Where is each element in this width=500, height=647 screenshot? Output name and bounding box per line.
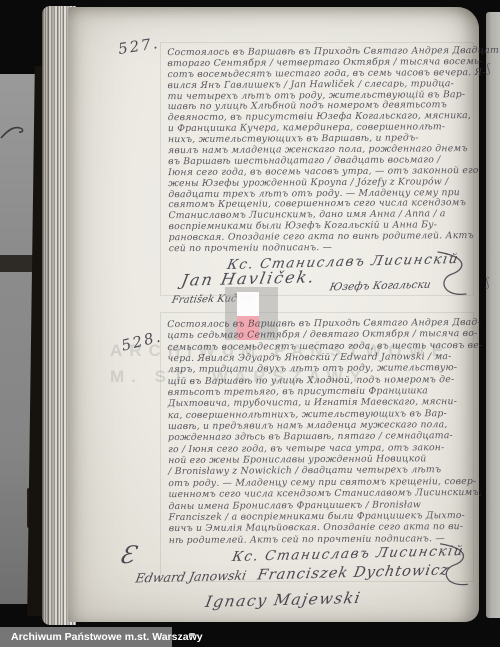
- signature-edward-janowski: Edward Janowski: [134, 568, 247, 586]
- archive-caption-bar: Archiwum Państwowe m.st. Warszawy: [0, 627, 172, 647]
- signature-initial-flourish: Ɛ: [117, 541, 137, 569]
- handwriting-fragment: ʃ: [484, 276, 491, 289]
- record-line: шенномъ сего числа ксендзомъ Станиславом…: [168, 487, 483, 501]
- wire-artifact: [0, 116, 30, 150]
- archive-photo-scene: ʃ ʃ 527. Состоялось въ Варшавѣ въ Приход…: [0, 0, 500, 647]
- flag-white-field: [237, 292, 259, 316]
- record-number-527: 527.: [117, 34, 161, 58]
- register-page: 527. Состоялось въ Варшавѣ въ Приходѣ Св…: [68, 7, 479, 622]
- signature-ignacy-majewski: Ignacy Majewski: [204, 589, 363, 611]
- signature-flourish: [434, 249, 472, 303]
- record-528-text: Состоялось въ Варшавѣ въ Приходѣ Святаго…: [167, 317, 483, 546]
- record-527-text: Состоялось въ Варшавѣ въ Приходѣ Святаго…: [167, 46, 500, 255]
- scan-artifact-dot: [189, 633, 195, 636]
- archive-caption-label: Archiwum Państwowe m.st. Warszawy: [11, 631, 203, 643]
